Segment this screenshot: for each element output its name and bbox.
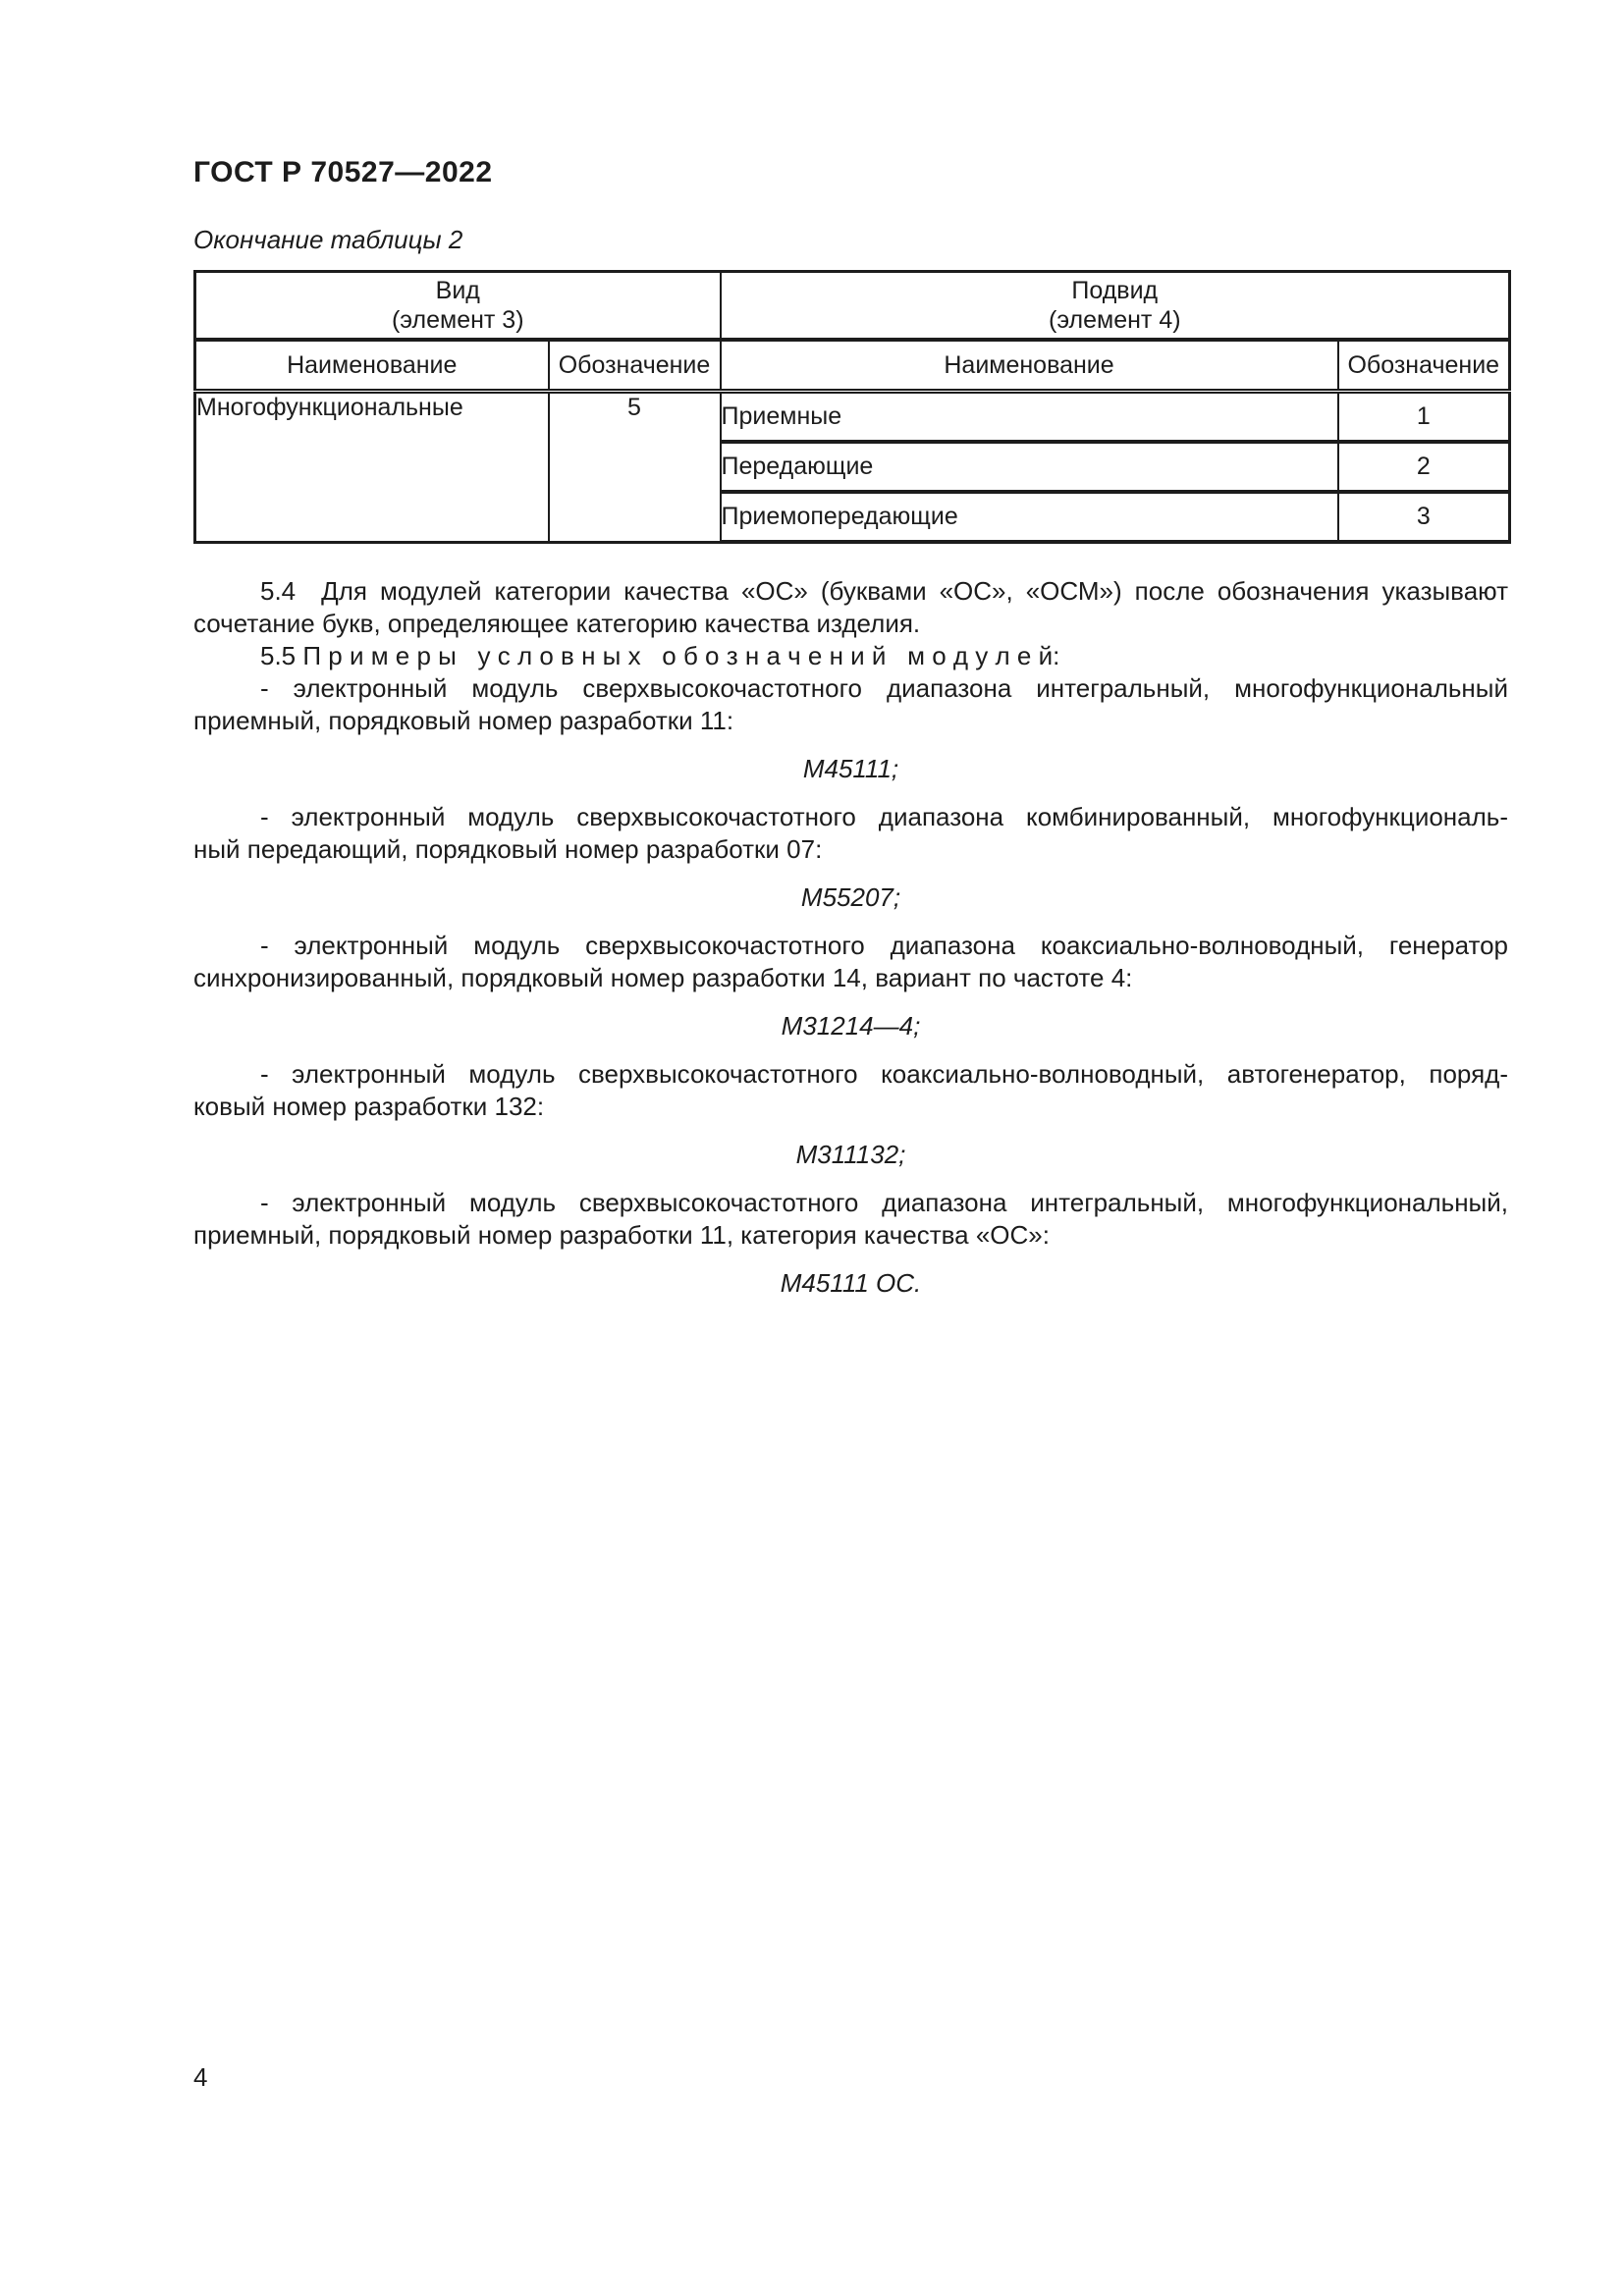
text-line: - электронный модуль сверхвысокочастотно… — [193, 1058, 1508, 1091]
text-line: - электронный модуль сверхвысокочастотно… — [193, 930, 1508, 962]
group-header-podvid: Подвид (элемент 4) — [721, 272, 1510, 341]
group-header-vid-title: Вид — [196, 276, 720, 305]
text-line: приемный, порядковый номер разработки 11… — [193, 1219, 1508, 1252]
example-5-designation: М45111 ОС. — [193, 1267, 1508, 1300]
table-caption: Окончание таблицы 2 — [193, 224, 1508, 255]
podvid-name-cell: Передающие — [721, 442, 1338, 492]
group-header-vid: Вид (элемент 3) — [195, 272, 721, 341]
clause-5-5-paragraph: 5.5 П р и м е р ы у с л о в н ы х о б о … — [193, 640, 1508, 672]
group-header-podvid-subtitle: (элемент 4) — [722, 305, 1509, 335]
example-3-designation: М31214—4; — [193, 1010, 1508, 1042]
group-header-podvid-title: Подвид — [722, 276, 1509, 305]
podvid-code-cell: 2 — [1338, 442, 1510, 492]
example-5-paragraph: - электронный модуль сверхвысокочастотно… — [193, 1187, 1508, 1252]
vid-name-cell: Многофункциональные — [195, 392, 549, 543]
column-header-vid-name: Наименование — [195, 340, 549, 392]
document-page: ГОСТ Р 70527—2022 Окончание таблицы 2 Ви… — [0, 0, 1624, 2296]
text-line: - электронный модуль сверхвысокочастотно… — [193, 1187, 1508, 1219]
group-header-vid-subtitle: (элемент 3) — [196, 305, 720, 335]
table-column-header-row: Наименование Обозначение Наименование Об… — [195, 340, 1510, 392]
page-number: 4 — [193, 2061, 207, 2094]
column-header-vid-code: Обозначение — [549, 340, 721, 392]
text-line: приемный, порядковый номер разработки 11… — [193, 705, 1508, 737]
podvid-name-cell: Приемопередающие — [721, 492, 1338, 542]
text-line: сочетание букв, определяющее категорию к… — [193, 608, 1508, 640]
text-line: 5.5 П р и м е р ы у с л о в н ы х о б о … — [193, 640, 1508, 672]
table-group-header-row: Вид (элемент 3) Подвид (элемент 4) — [195, 272, 1510, 341]
clause-5-4-paragraph: 5.4 Для модулей категории качества «ОС» … — [193, 575, 1508, 640]
page-content: ГОСТ Р 70527—2022 Окончание таблицы 2 Ви… — [193, 0, 1508, 1315]
example-4-designation: М311132; — [193, 1139, 1508, 1171]
podvid-code-cell: 1 — [1338, 392, 1510, 443]
standard-number-heading: ГОСТ Р 70527—2022 — [193, 155, 1508, 190]
example-1-paragraph: - электронный модуль сверхвысокочастотно… — [193, 672, 1508, 737]
example-3-paragraph: - электронный модуль сверхвысокочастотно… — [193, 930, 1508, 994]
example-2-paragraph: - электронный модуль сверхвысокочастотно… — [193, 801, 1508, 866]
table-row: Многофункциональные 5 Приемные 1 — [195, 392, 1510, 443]
text-line: 5.4 Для модулей категории качества «ОС» … — [193, 575, 1508, 608]
text-line: ковый номер разработки 132: — [193, 1091, 1508, 1123]
classification-table: Вид (элемент 3) Подвид (элемент 4) Наиме… — [193, 270, 1511, 544]
column-header-podvid-code: Обозначение — [1338, 340, 1510, 392]
podvid-name-cell: Приемные — [721, 392, 1338, 443]
text-line: - электронный модуль сверхвысокочастотно… — [193, 672, 1508, 705]
text-line: ный передающий, порядковый номер разрабо… — [193, 833, 1508, 866]
example-2-designation: М55207; — [193, 881, 1508, 914]
text-line: - электронный модуль сверхвысокочастотно… — [193, 801, 1508, 833]
column-header-podvid-name: Наименование — [721, 340, 1338, 392]
example-1-designation: М45111; — [193, 753, 1508, 785]
example-4-paragraph: - электронный модуль сверхвысокочастотно… — [193, 1058, 1508, 1123]
podvid-code-cell: 3 — [1338, 492, 1510, 542]
text-line: синхронизированный, порядковый номер раз… — [193, 962, 1508, 994]
vid-code-cell: 5 — [549, 392, 721, 543]
